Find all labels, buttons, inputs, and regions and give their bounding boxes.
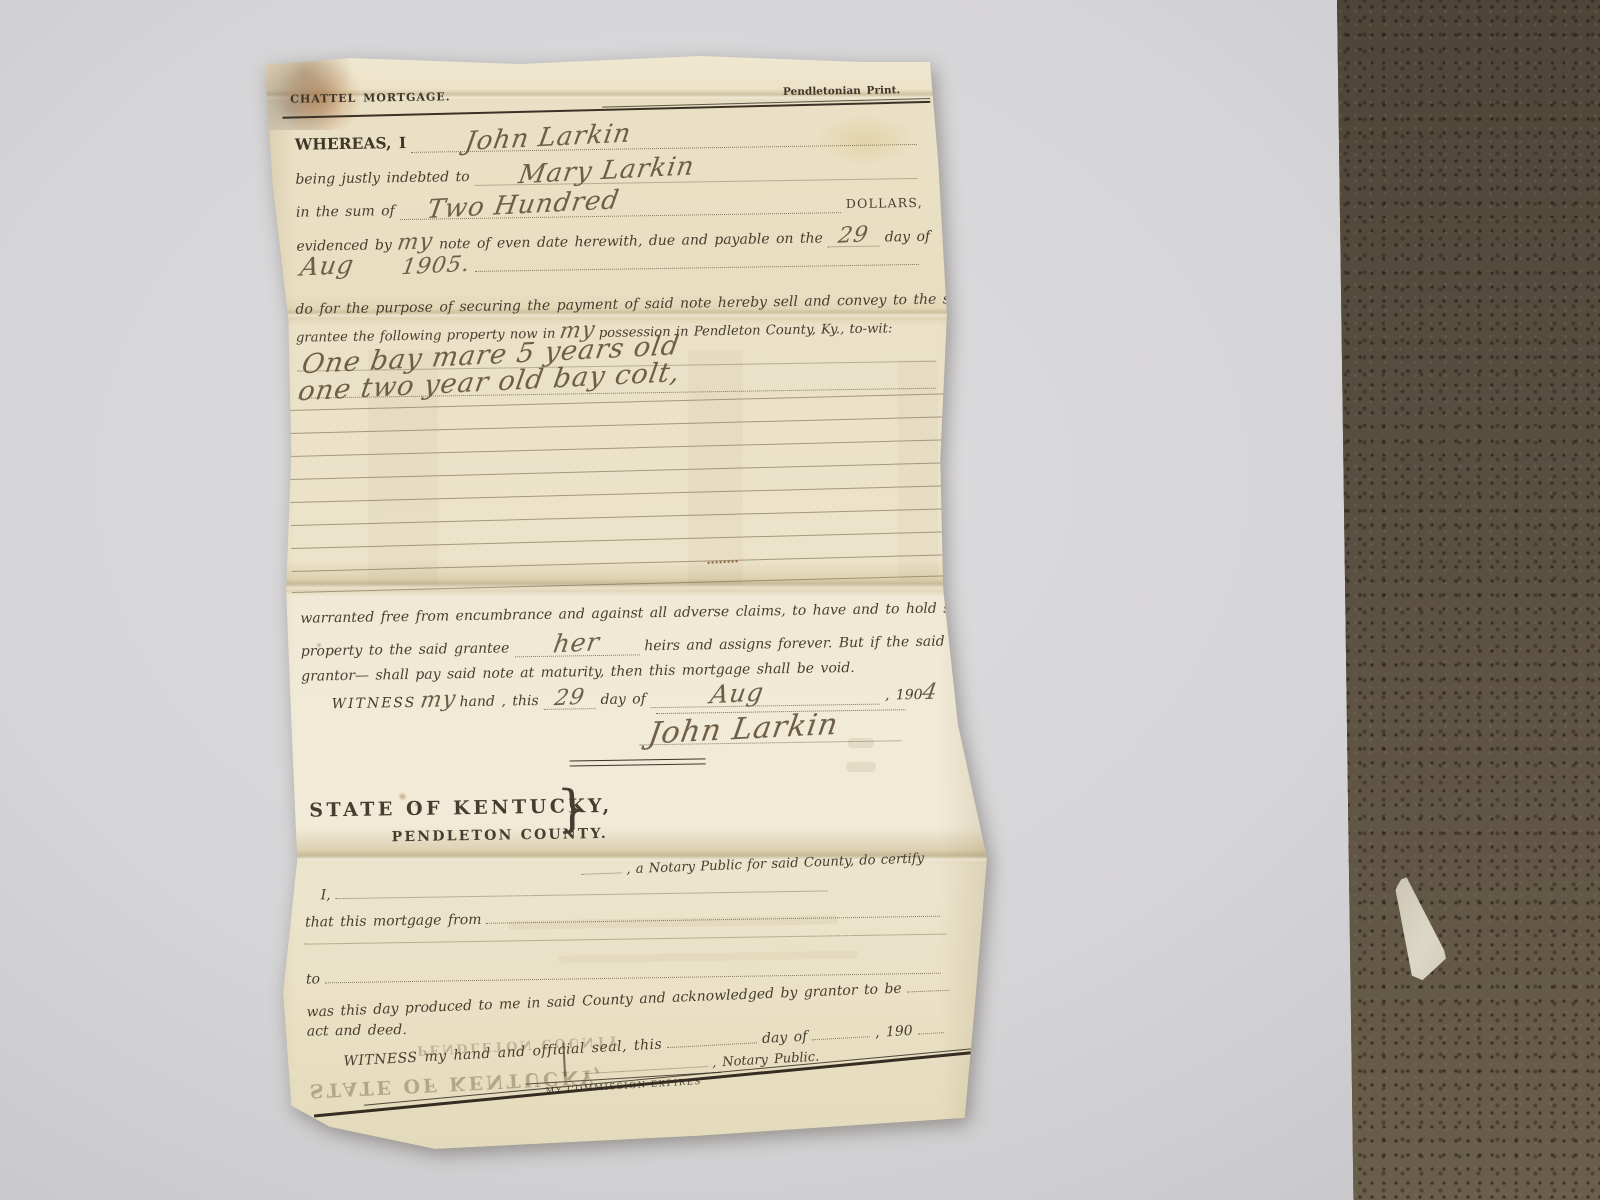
- creditor-name-handwriting: Mary Larkin: [519, 166, 695, 175]
- signature-fill: John Larkin: [639, 721, 901, 745]
- signature-handwriting: John Larkin: [649, 725, 839, 735]
- blank-rule: [292, 554, 947, 572]
- ghost-state-text: STATE OF KENTUCKY,: [309, 1070, 604, 1097]
- her-handwriting: her: [554, 642, 600, 644]
- blank-fill: [304, 934, 946, 945]
- whereas-label: WHEREAS, I: [295, 133, 407, 154]
- witness-month-line: Aug: [651, 685, 880, 709]
- chattel-mortgage-document: CHATTEL MORTGAGE. Pendletonian Print. WH…: [258, 50, 998, 1160]
- document-paper-wrap: CHATTEL MORTGAGE. Pendletonian Print. WH…: [258, 50, 998, 1160]
- property-handwriting-2: one two year old bay colt,: [298, 373, 680, 392]
- whereas-line: WHEREAS, I John Larkin: [295, 125, 922, 155]
- due-month-handwriting: Aug: [301, 265, 354, 268]
- document-header: CHATTEL MORTGAGE. Pendletonian Print.: [290, 83, 900, 106]
- doc-type-title: CHATTEL MORTGAGE.: [290, 90, 451, 106]
- purpose-text: do for the purpose of securing the payme…: [295, 291, 972, 318]
- blank-rule: [292, 575, 947, 593]
- photo-scene: CHATTEL MORTGAGE. Pendletonian Print. WH…: [0, 0, 1600, 1200]
- due-date-fill-line: [475, 264, 919, 272]
- witness-my-handwriting: my: [420, 700, 456, 702]
- i-fill-line: [336, 890, 828, 899]
- brown-textured-mat: [1330, 0, 1600, 1200]
- signature-line: John Larkin: [634, 721, 906, 745]
- ghost-county-text: PENDLETON COUNTY: [417, 1036, 620, 1054]
- seal-dayof-label: day of: [762, 1029, 808, 1047]
- produced-fill: [907, 990, 949, 993]
- due-day-handwriting: 29: [839, 235, 869, 237]
- warranted-line-2: property to the said grantee her heirs a…: [301, 631, 941, 661]
- day-of-label: day of: [885, 229, 931, 246]
- ink-scribble: [707, 553, 737, 564]
- printer-credit: Pendletonian Print.: [783, 84, 900, 98]
- indebted-label: being justly indebted to: [295, 169, 469, 188]
- witness-month-handwriting: Aug: [711, 692, 764, 695]
- witness-dayof-label: day of: [600, 691, 646, 708]
- mortgage-from-fill: [487, 916, 941, 924]
- debtor-name-handwriting: John Larkin: [466, 134, 632, 142]
- sum-label: in the sum of: [296, 203, 395, 221]
- spacer: [354, 273, 402, 274]
- act-deed-label: act and deed.: [307, 1022, 407, 1040]
- witness-day-handwriting: 29: [554, 698, 584, 700]
- due-year-handwriting: 1905.: [402, 265, 470, 268]
- possession-my-handwriting: my: [559, 330, 595, 332]
- witness-line: WITNESS my hand , this 29 day of Aug , 1…: [331, 684, 937, 714]
- sum-line: in the sum of Two Hundred DOLLARS,: [296, 192, 923, 222]
- brace-glyph: }: [556, 783, 589, 833]
- blank-rule: [290, 439, 945, 457]
- blank-rule: [289, 416, 944, 434]
- heirs-label: heirs and assigns forever. But if the sa…: [644, 634, 945, 655]
- document-content: CHATTEL MORTGAGE. Pendletonian Print. WH…: [251, 44, 1008, 1165]
- witness-year-label: , 190: [885, 687, 923, 704]
- note-label: note of even date herewith, due and paya…: [439, 230, 823, 252]
- void-text: grantor— shall pay said note at maturity…: [301, 660, 855, 685]
- witness-year-handwriting: 4: [922, 692, 937, 693]
- dollars-label: DOLLARS,: [846, 195, 923, 211]
- seal-year-label: , 190: [875, 1023, 913, 1041]
- i-line: I,: [321, 879, 833, 903]
- witness-label: WITNESS: [332, 695, 417, 712]
- heirs-line: her: [514, 635, 639, 657]
- void-line: grantor— shall pay said note at maturity…: [301, 659, 941, 685]
- sum-value-line: Two Hundred: [400, 193, 841, 220]
- due-day-line: 29: [828, 227, 880, 248]
- property-line-2: one two year old bay colt,: [293, 369, 941, 399]
- warranted-line-1: warranted free from encumbrance and agai…: [300, 601, 940, 627]
- blank-rule: [290, 462, 945, 480]
- evidenced-my-handwriting: my: [398, 242, 434, 244]
- notary-certify-line: , a Notary Public for said County, do ce…: [576, 851, 924, 879]
- section-divider-rule: [570, 758, 706, 766]
- creditor-name-line: Mary Larkin: [474, 159, 917, 186]
- seal-month-fill: [812, 1036, 870, 1040]
- witness-day-line: 29: [543, 689, 595, 710]
- indebted-line: being justly indebted to Mary Larkin: [295, 159, 922, 189]
- evidenced-line: evidenced by my note of even date herewi…: [296, 226, 923, 256]
- seal-year-fill: [918, 1032, 944, 1034]
- mortgage-from-label: that this mortgage from: [305, 912, 482, 931]
- blank-fill-line: [299, 934, 951, 945]
- certify-label: , a Notary Public for said County, do ce…: [626, 851, 924, 877]
- blank-rule: [291, 531, 946, 549]
- purpose-line: do for the purpose of securing the payme…: [295, 292, 927, 318]
- property-fill-2: one two year old bay colt,: [298, 369, 936, 399]
- notary-name-line: [581, 872, 621, 874]
- mortgage-from-line: that this mortgage from: [305, 905, 945, 931]
- blank-rule: [290, 485, 945, 503]
- to-fill: [325, 973, 941, 984]
- to-label: to: [306, 971, 320, 987]
- due-date-line: Aug 1905.: [297, 257, 924, 275]
- i-label: I,: [321, 887, 331, 903]
- sum-handwriting: Two Hundred: [427, 200, 619, 210]
- grantee2-label: property to the said grantee: [301, 640, 510, 659]
- warranted-text: warranted free from encumbrance and agai…: [300, 600, 972, 627]
- witness-hand-label: hand , this: [459, 693, 538, 710]
- blank-rule: [291, 508, 946, 526]
- seal-day-fill: [667, 1042, 757, 1048]
- debtor-name-line: John Larkin: [411, 125, 917, 153]
- produced-label: was this day produced to me in said Coun…: [306, 981, 902, 1021]
